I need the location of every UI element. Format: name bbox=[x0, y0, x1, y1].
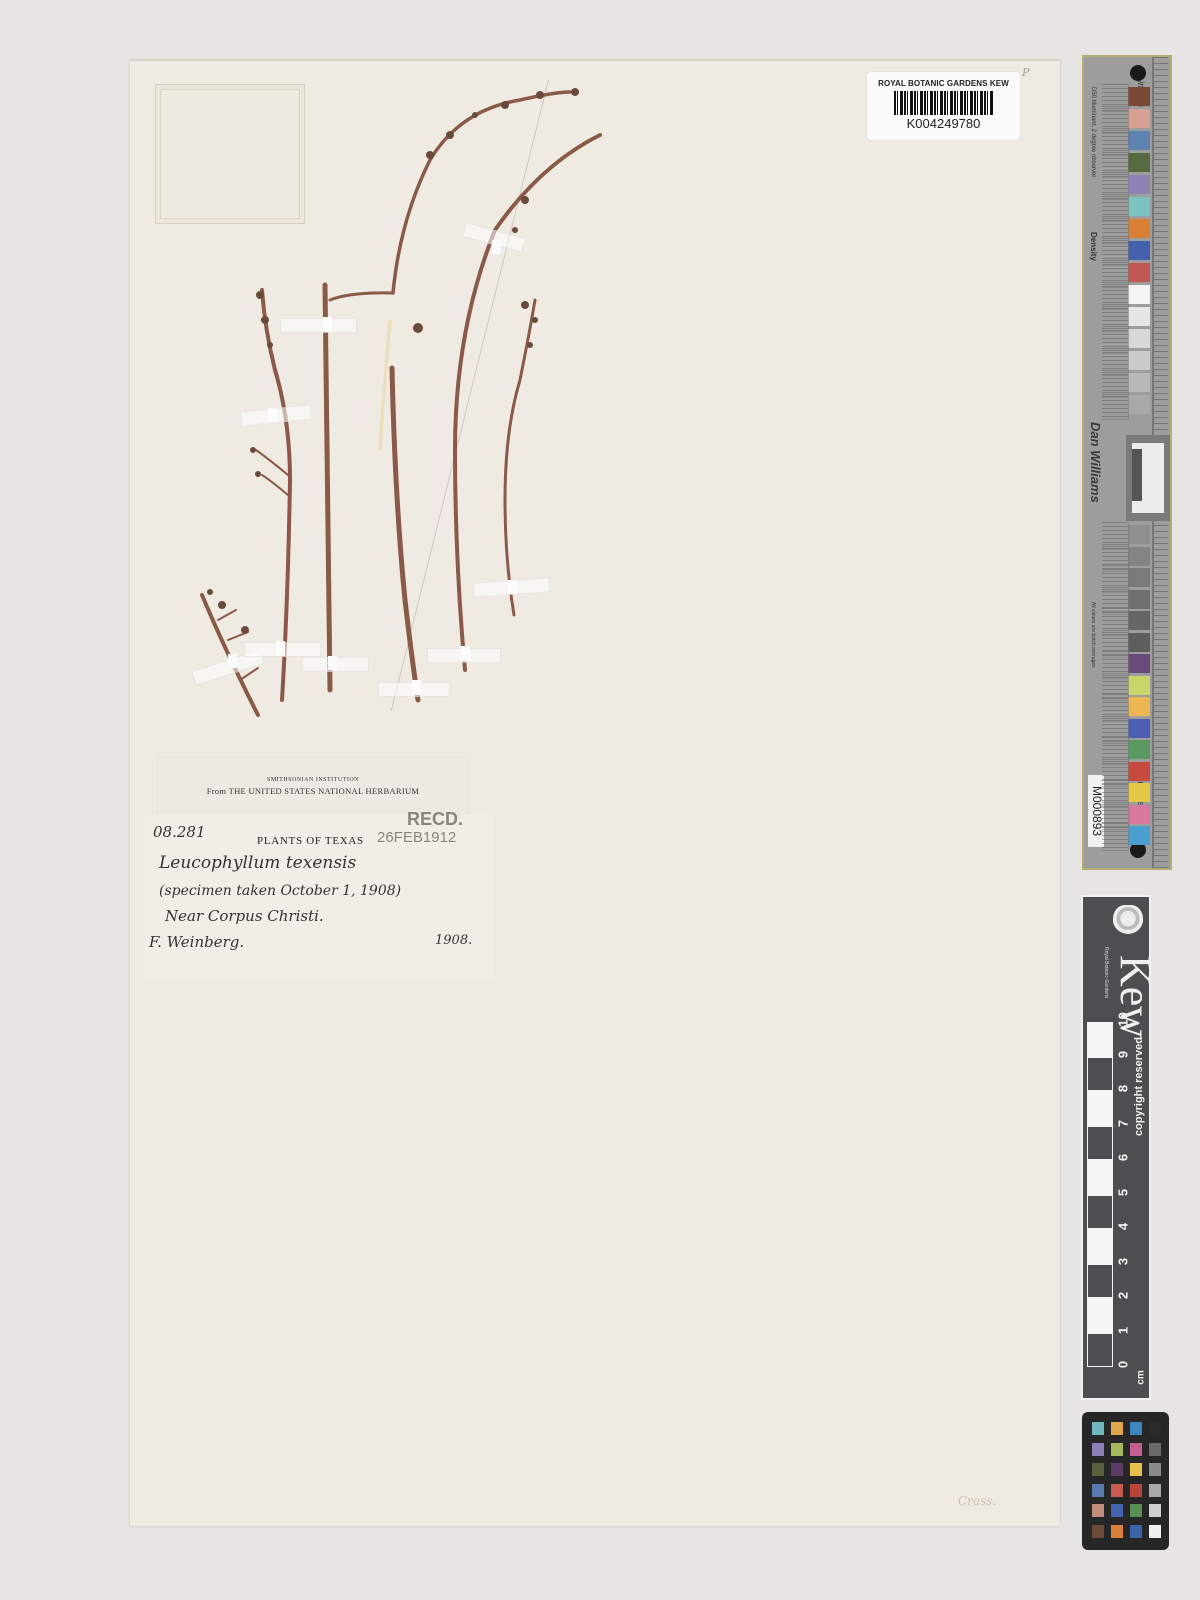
color-swatch bbox=[1128, 633, 1150, 652]
color-swatch bbox=[1128, 351, 1150, 370]
color-swatch bbox=[1128, 719, 1150, 738]
checker-patch bbox=[1092, 1525, 1104, 1538]
checker-patch bbox=[1130, 1422, 1142, 1435]
color-swatch bbox=[1128, 197, 1150, 216]
mounting-strip-center bbox=[328, 656, 337, 670]
mounting-strip-center bbox=[492, 240, 501, 254]
color-swatch bbox=[1128, 525, 1150, 544]
checker-patch bbox=[1111, 1525, 1123, 1538]
color-swatch bbox=[1128, 131, 1150, 150]
collection-year: 1908. bbox=[435, 933, 472, 948]
color-swatch bbox=[1128, 697, 1150, 716]
color-swatch bbox=[1128, 241, 1150, 260]
scale-number: 7 bbox=[1116, 1113, 1131, 1133]
label-heading: PLANTS OF TEXAS bbox=[257, 835, 364, 847]
checker-patch bbox=[1130, 1525, 1142, 1538]
origin-line-2: From THE UNITED STATES NATIONAL HERBARIU… bbox=[158, 786, 468, 796]
checker-patch bbox=[1092, 1484, 1104, 1497]
checker-patch bbox=[1092, 1443, 1104, 1456]
checker-patch bbox=[1092, 1463, 1104, 1476]
checker-patch bbox=[1111, 1484, 1123, 1497]
color-swatch bbox=[1128, 219, 1150, 238]
scale-number: 0 bbox=[1116, 1355, 1131, 1375]
scale-segment bbox=[1087, 1091, 1113, 1126]
color-swatch bbox=[1128, 307, 1150, 326]
checker-patch bbox=[1149, 1422, 1161, 1435]
color-swatch bbox=[1128, 805, 1150, 824]
cm-unit-label: cm bbox=[1136, 1370, 1147, 1384]
color-swatch bbox=[1128, 547, 1150, 566]
resolution-target bbox=[1126, 435, 1170, 521]
color-swatch bbox=[1128, 329, 1150, 348]
color-swatch bbox=[1128, 373, 1150, 392]
color-swatch bbox=[1128, 740, 1150, 759]
color-checker-card bbox=[1082, 1412, 1169, 1550]
collection-note: (specimen taken October 1, 1908) bbox=[159, 883, 401, 899]
kew-crest-icon bbox=[1113, 905, 1143, 939]
scale-segment bbox=[1087, 1022, 1113, 1057]
received-date-stamp: 26FEB1912 bbox=[377, 829, 456, 846]
color-swatch bbox=[1128, 676, 1150, 695]
scale-segment bbox=[1087, 1195, 1113, 1230]
checker-patch bbox=[1149, 1525, 1161, 1538]
checker-patch bbox=[1130, 1484, 1142, 1497]
color-target-strip: D50 Illuminant, 2 degree observer Densit… bbox=[1082, 55, 1172, 870]
punch-hole-icon bbox=[1130, 65, 1146, 81]
color-swatch bbox=[1128, 87, 1150, 106]
scale-number: 1 bbox=[1116, 1320, 1131, 1340]
scale-segment bbox=[1087, 1298, 1113, 1333]
mounting-strip-center bbox=[276, 641, 285, 656]
color-swatch bbox=[1128, 285, 1150, 304]
color-swatch bbox=[1128, 654, 1150, 673]
copyright-text: copyright reserved bbox=[1133, 1037, 1145, 1136]
scale-number: 10 bbox=[1116, 1010, 1131, 1030]
checker-patch bbox=[1092, 1504, 1104, 1517]
origin-label: SMITHSONIAN INSTITUTION From THE UNITED … bbox=[158, 757, 468, 815]
scale-segment bbox=[1087, 1333, 1113, 1368]
checker-patch bbox=[1130, 1504, 1142, 1517]
checker-patch bbox=[1111, 1504, 1123, 1517]
checker-patch bbox=[1130, 1463, 1142, 1476]
scale-segment bbox=[1087, 1160, 1113, 1195]
mounting-strip-center bbox=[461, 646, 470, 661]
color-swatch bbox=[1128, 175, 1150, 194]
accession-number: 08.281 bbox=[153, 823, 206, 841]
pencil-annotation: Crass. bbox=[958, 1494, 996, 1508]
mounting-strip-center bbox=[323, 317, 332, 332]
density-label: Density bbox=[1089, 232, 1098, 261]
checker-patch bbox=[1111, 1463, 1123, 1476]
received-stamp: RECD. bbox=[407, 809, 463, 830]
color-swatch bbox=[1128, 395, 1150, 414]
scale-segment bbox=[1087, 1126, 1113, 1161]
density-values bbox=[1102, 392, 1129, 420]
checker-patch bbox=[1149, 1443, 1161, 1456]
mounting-strip-center bbox=[412, 680, 421, 695]
color-swatch bbox=[1128, 611, 1150, 630]
kew-scale-bar: Royal Botanic Gardens Kew copyright rese… bbox=[1081, 895, 1151, 1400]
scale-segment bbox=[1087, 1229, 1113, 1264]
mounting-strip-center bbox=[228, 654, 237, 668]
checker-patch bbox=[1149, 1484, 1161, 1497]
taxon-name: Leucophyllum texensis bbox=[159, 853, 356, 873]
mounting-strip-center bbox=[508, 580, 517, 594]
color-swatch bbox=[1128, 783, 1150, 802]
scale-number: 3 bbox=[1116, 1251, 1131, 1271]
checker-patch bbox=[1111, 1422, 1123, 1435]
locality: Near Corpus Christi. bbox=[165, 907, 324, 925]
batch-note: All values are batch averages bbox=[1090, 602, 1096, 668]
scale-number: 9 bbox=[1116, 1044, 1131, 1064]
checker-patch bbox=[1111, 1443, 1123, 1456]
scale-number: 8 bbox=[1116, 1079, 1131, 1099]
specimen-label: 08.281 PLANTS OF TEXAS RECD. 26FEB1912 L… bbox=[145, 815, 493, 980]
kew-sublogo: Royal Botanic Gardens bbox=[1103, 947, 1109, 998]
color-swatch bbox=[1128, 762, 1150, 781]
scale-number: 2 bbox=[1116, 1286, 1131, 1306]
color-swatch bbox=[1128, 568, 1150, 587]
color-swatch bbox=[1128, 263, 1150, 282]
checker-patch bbox=[1149, 1504, 1161, 1517]
illuminant-text: D50 Illuminant, 2 degree observer bbox=[1090, 87, 1096, 177]
density-values bbox=[1102, 823, 1129, 851]
color-swatch bbox=[1128, 590, 1150, 609]
scale-number: 4 bbox=[1116, 1217, 1131, 1237]
collector-name: F. Weinberg. bbox=[149, 933, 244, 951]
scale-segment bbox=[1087, 1264, 1113, 1299]
checker-patch bbox=[1149, 1463, 1161, 1476]
color-swatch bbox=[1128, 109, 1150, 128]
scale-number: 5 bbox=[1116, 1182, 1131, 1202]
mounting-strip-center bbox=[268, 408, 277, 422]
scale-number: 6 bbox=[1116, 1148, 1131, 1168]
color-swatch bbox=[1128, 153, 1150, 172]
origin-line-1: SMITHSONIAN INSTITUTION bbox=[158, 777, 468, 783]
brand-label: Dan Williams bbox=[1088, 422, 1103, 503]
color-swatch bbox=[1128, 826, 1150, 845]
scale-segment bbox=[1087, 1057, 1113, 1092]
checker-patch bbox=[1092, 1422, 1104, 1435]
checker-patch bbox=[1130, 1443, 1142, 1456]
mounting-strip bbox=[280, 318, 357, 333]
